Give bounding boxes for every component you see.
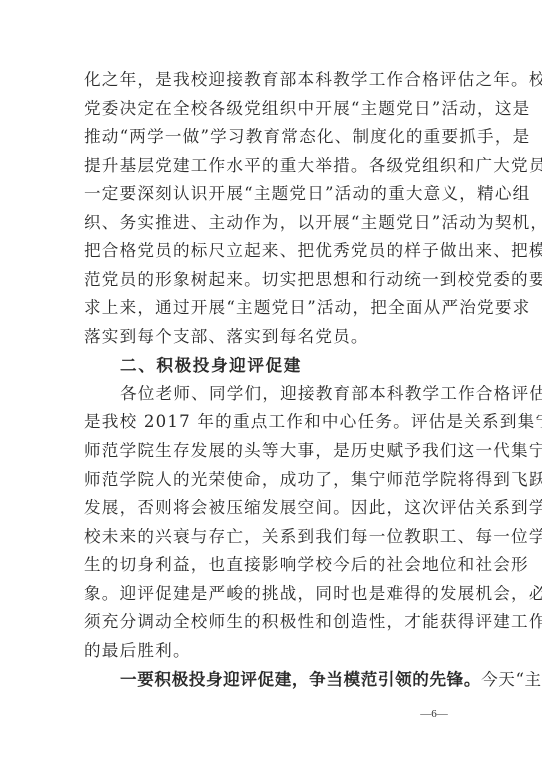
- body-line: 求上来，通过开展“主题党日”活动，把全面从严治党要求: [84, 297, 460, 319]
- body-line-mixed: 一要积极投身迎评促建，争当模范引领的先锋。今天“主: [120, 668, 460, 690]
- page-number: —6—: [414, 706, 454, 722]
- body-line: 落实到每个支部、落实到每名党员。: [84, 326, 460, 348]
- emphasis-text: 一要积极投身迎评促建，争当模范引领的先锋。: [120, 669, 481, 689]
- body-line: 的最后胜利。: [84, 640, 460, 662]
- body-line: 象。迎评促建是严峻的挑战，同时也是难得的发展机会，必: [84, 583, 460, 605]
- body-line: 是我校 2017 年的重点工作和中心任务。评估是关系到集宁: [84, 411, 460, 433]
- body-line: 一定要深刻认识开展“主题党日”活动的重大意义，精心组: [84, 183, 460, 205]
- body-line: 校未来的兴衰与存亡，关系到我们每一位教职工、每一位学: [84, 526, 460, 548]
- body-line: 发展，否则将会被压缩发展空间。因此，这次评估关系到学: [84, 497, 460, 519]
- body-line: 各位老师、同学们，迎接教育部本科教学工作合格评估: [120, 383, 460, 405]
- body-line: 党委决定在全校各级党组织中开展“主题党日”活动，这是: [84, 98, 460, 120]
- body-line: 推动“两学一做”学习教育常态化、制度化的重要抓手，是: [84, 126, 460, 148]
- body-line: 须充分调动全校师生的积极性和创造性，才能获得评建工作: [84, 611, 460, 633]
- body-line: 范党员的形象树起来。切实把思想和行动统一到校党委的要: [84, 269, 460, 291]
- section-heading: 二、积极投身迎评促建: [120, 354, 460, 376]
- body-line: 提升基层党建工作水平的重大举措。各级党组织和广大党员: [84, 155, 460, 177]
- body-line: 把合格党员的标尺立起来、把优秀党员的样子做出来、把模: [84, 240, 460, 262]
- body-line: 织、务实推进、主动作为，以开展“主题党日”活动为契机，: [84, 212, 460, 234]
- body-text: 今天“主: [481, 670, 542, 689]
- body-line: 化之年，是我校迎接教育部本科教学工作合格评估之年。校: [84, 69, 460, 91]
- document-page: 化之年，是我校迎接教育部本科教学工作合格评估之年。校 党委决定在全校各级党组织中…: [0, 0, 542, 768]
- body-line: 师范学院人的光荣使命，成功了，集宁师范学院将得到飞跃: [84, 469, 460, 491]
- body-line: 生的切身利益，也直接影响学校今后的社会地位和社会形: [84, 554, 460, 576]
- body-line: 师范学院生存发展的头等大事，是历史赋予我们这一代集宁: [84, 440, 460, 462]
